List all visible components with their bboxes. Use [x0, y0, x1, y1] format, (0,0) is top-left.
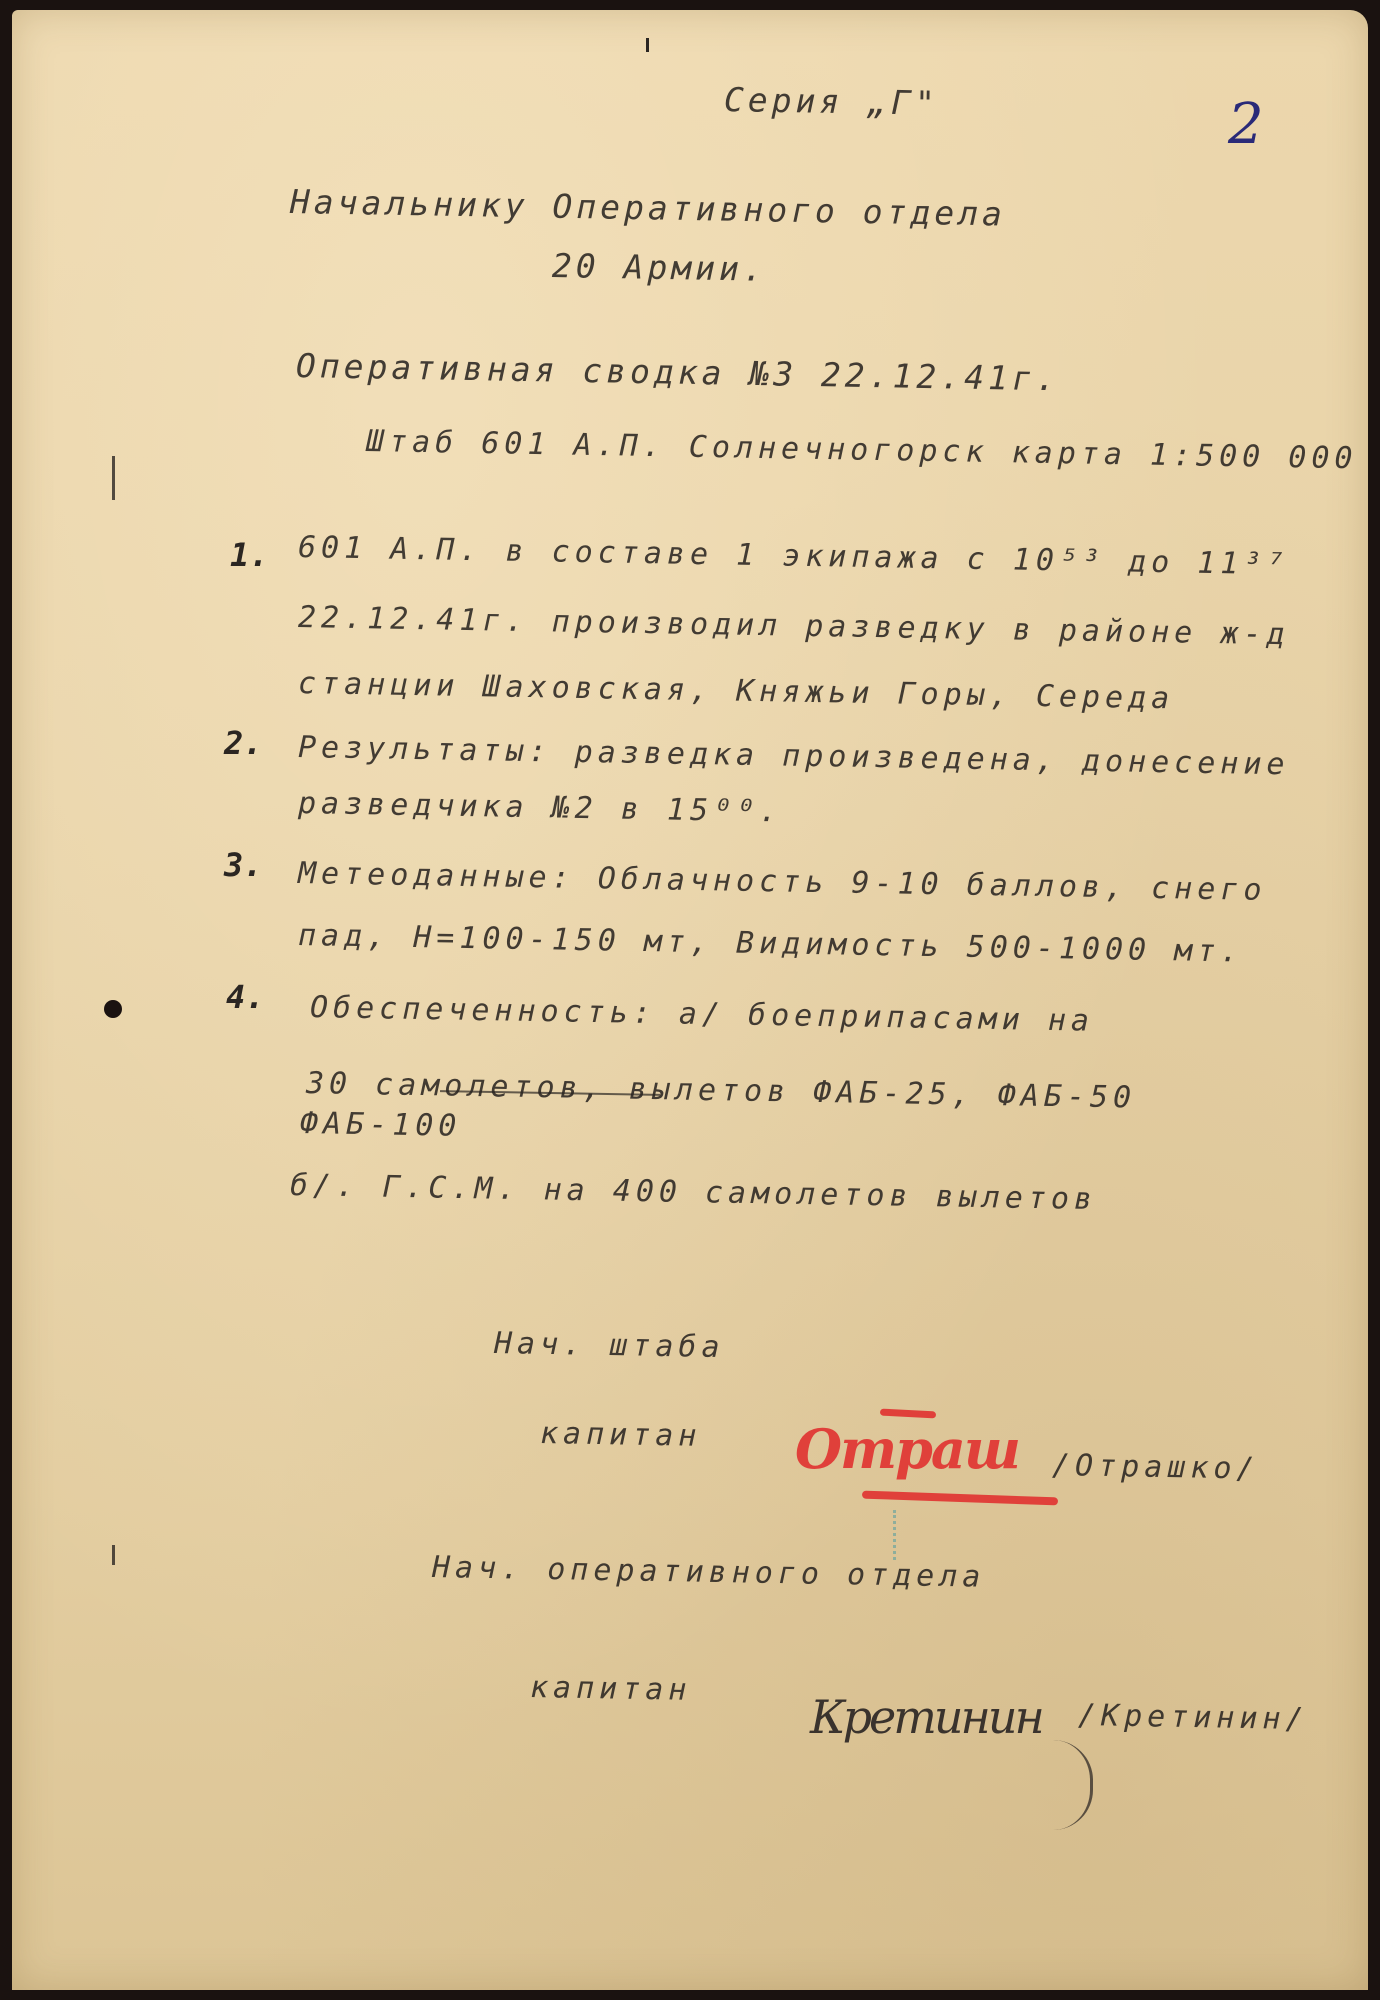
addressee-line2: 20 Армии.	[552, 246, 767, 289]
signer1-rank: капитан	[540, 1416, 702, 1454]
signer1-position: Нач. штаба	[494, 1326, 725, 1365]
top-mark	[646, 38, 649, 52]
signer2-signature: Кретинин	[810, 1690, 1042, 1744]
item-number: 2.	[224, 724, 263, 762]
signer1-name: /Отрашко/	[1052, 1448, 1260, 1487]
item-number: 3.	[224, 846, 263, 884]
tear-mark	[112, 456, 115, 500]
item-number: 4.	[226, 978, 265, 1016]
page-number: 2	[1228, 92, 1264, 157]
item-line: ФАБ-100	[300, 1106, 462, 1144]
blue-stamp-mark	[893, 1510, 902, 1560]
punch-hole-icon	[104, 1000, 122, 1018]
classification: Серия „Г"	[724, 80, 939, 123]
signer2-rank: капитан	[530, 1670, 692, 1708]
tear-mark	[112, 1545, 115, 1565]
signer2-name: /Кретинин/	[1078, 1698, 1309, 1737]
signer1-signature: Отраш	[795, 1417, 1019, 1481]
item-number: 1.	[230, 536, 269, 574]
